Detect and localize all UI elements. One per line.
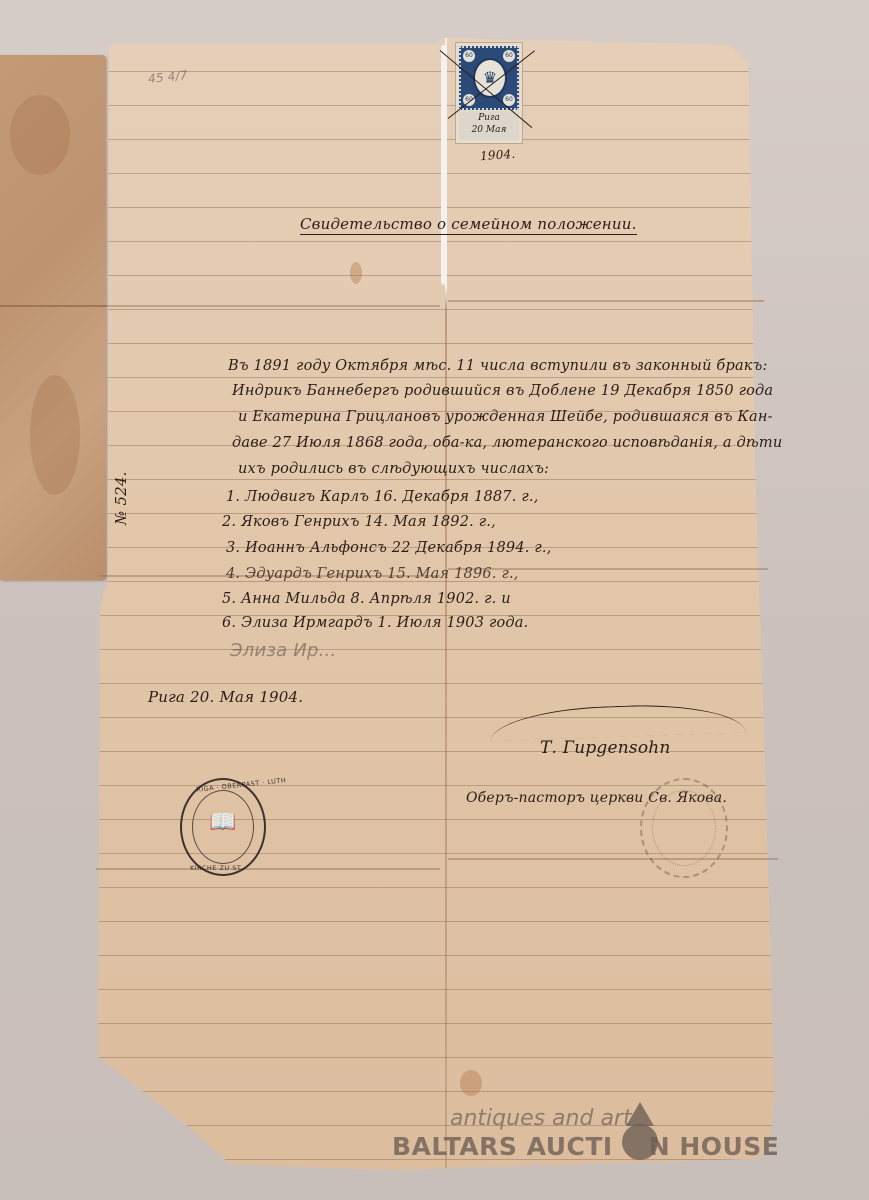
body-line: даве 27 Июля 1868 года, оба-ка, лютеранс…: [232, 435, 782, 451]
body-line: ихъ родились въ слѣдующихъ числахъ:: [238, 461, 549, 477]
child-entry: 2. Яковъ Генрихъ 14. Мая 1892. г.,: [222, 514, 496, 530]
stain: [30, 375, 80, 495]
place-date: Рига 20. Мая 1904.: [148, 688, 303, 706]
body-line: Въ 1891 году Октября мѣс. 11 числа вступ…: [228, 358, 768, 374]
child-number: 2.: [222, 514, 236, 530]
paper-tear: [441, 45, 447, 285]
stamp-frame: ♛ 60 60 60 60: [459, 46, 519, 110]
auction-watermark: antiques and art BALTARS AUCTIN HOUSE: [390, 1100, 790, 1170]
child-number: 4.: [226, 566, 240, 582]
child-entry: 3. Иоаннъ Альфонсъ 22 Декабря 1894. г.,: [226, 540, 552, 556]
child-text: Иоаннъ Альфонсъ 22 Декабря 1894. г.,: [245, 540, 551, 556]
child-text: Анна Мильда 8. Апрѣля 1902. г. и: [241, 591, 511, 607]
stamp-cancel-place: Рига: [459, 113, 519, 123]
body-line: Индрикъ Баннебергъ родившийся въ Доблене…: [232, 383, 773, 399]
child-text: Элиза Ирмгардъ 1. Июля 1903 года.: [241, 615, 528, 631]
child-entry: 5. Анна Мильда 8. Апрѣля 1902. г. и: [222, 591, 511, 607]
fold-crease-horizontal: [100, 305, 440, 307]
stamp-cancel-date: 20 Мая: [459, 125, 519, 135]
stain: [350, 262, 362, 284]
stain: [10, 95, 70, 175]
fold-crease-horizontal: [96, 868, 440, 870]
child-number: 5.: [222, 591, 236, 607]
child-number: 3.: [226, 540, 240, 556]
child-text: Людвигъ Карлъ 16. Декабря 1887. г.,: [245, 489, 538, 505]
pencil-note-faint: Элиза Ир...: [230, 640, 336, 661]
stamp-denomination: 60: [463, 50, 475, 62]
child-text: Яковъ Генрихъ 14. Мая 1892. г.,: [241, 514, 496, 530]
open-book-icon: 📖: [182, 810, 264, 835]
child-number: 1.: [226, 489, 240, 505]
register-number: № 524.: [112, 471, 130, 525]
crown-logo-icon: [622, 1100, 658, 1160]
fold-crease-horizontal: [448, 858, 778, 860]
child-entry: 4. Эдуардъ Генрихъ 15. Мая 1896. г.,: [226, 566, 519, 582]
watermark-brand-left: BALTARS AUCTI: [392, 1132, 613, 1161]
document-title: Свидетельство о семейном положении.: [300, 215, 637, 235]
stamp-denomination: 60: [503, 50, 515, 62]
stamp-lower-panel: Рига 20 Мая: [459, 111, 519, 140]
signature: Т. Гирgensohn: [540, 738, 671, 758]
flap-crease: [0, 305, 106, 307]
body-line: и Екатерина Грицлановъ урожденная Шейбе,…: [238, 409, 773, 425]
seal-ring-text: KIRCHE ZU ST.: [190, 864, 243, 872]
child-entry: 6. Элиза Ирмгардъ 1. Июля 1903 года.: [222, 615, 528, 631]
stain: [460, 1070, 482, 1096]
watermark-brand: BALTARS AUCTIN HOUSE: [392, 1132, 779, 1161]
child-text: Эдуардъ Генрихъ 15. Мая 1896. г.,: [245, 566, 519, 582]
watermark-brand-right: N HOUSE: [649, 1132, 780, 1161]
stamp-cancel-year: 1904.: [480, 147, 516, 163]
child-number: 6.: [222, 615, 236, 631]
seal-inner-ring: [652, 790, 716, 866]
church-seal: RIGA · OBERPAST · LUTH 📖 KIRCHE ZU ST.: [180, 778, 266, 876]
fold-crease-horizontal: [448, 300, 764, 302]
folded-flap: [0, 55, 106, 580]
watermark-tagline: antiques and art: [450, 1106, 632, 1131]
faded-seal: [640, 778, 728, 878]
child-entry: 1. Людвигъ Карлъ 16. Декабря 1887. г.,: [226, 489, 539, 505]
